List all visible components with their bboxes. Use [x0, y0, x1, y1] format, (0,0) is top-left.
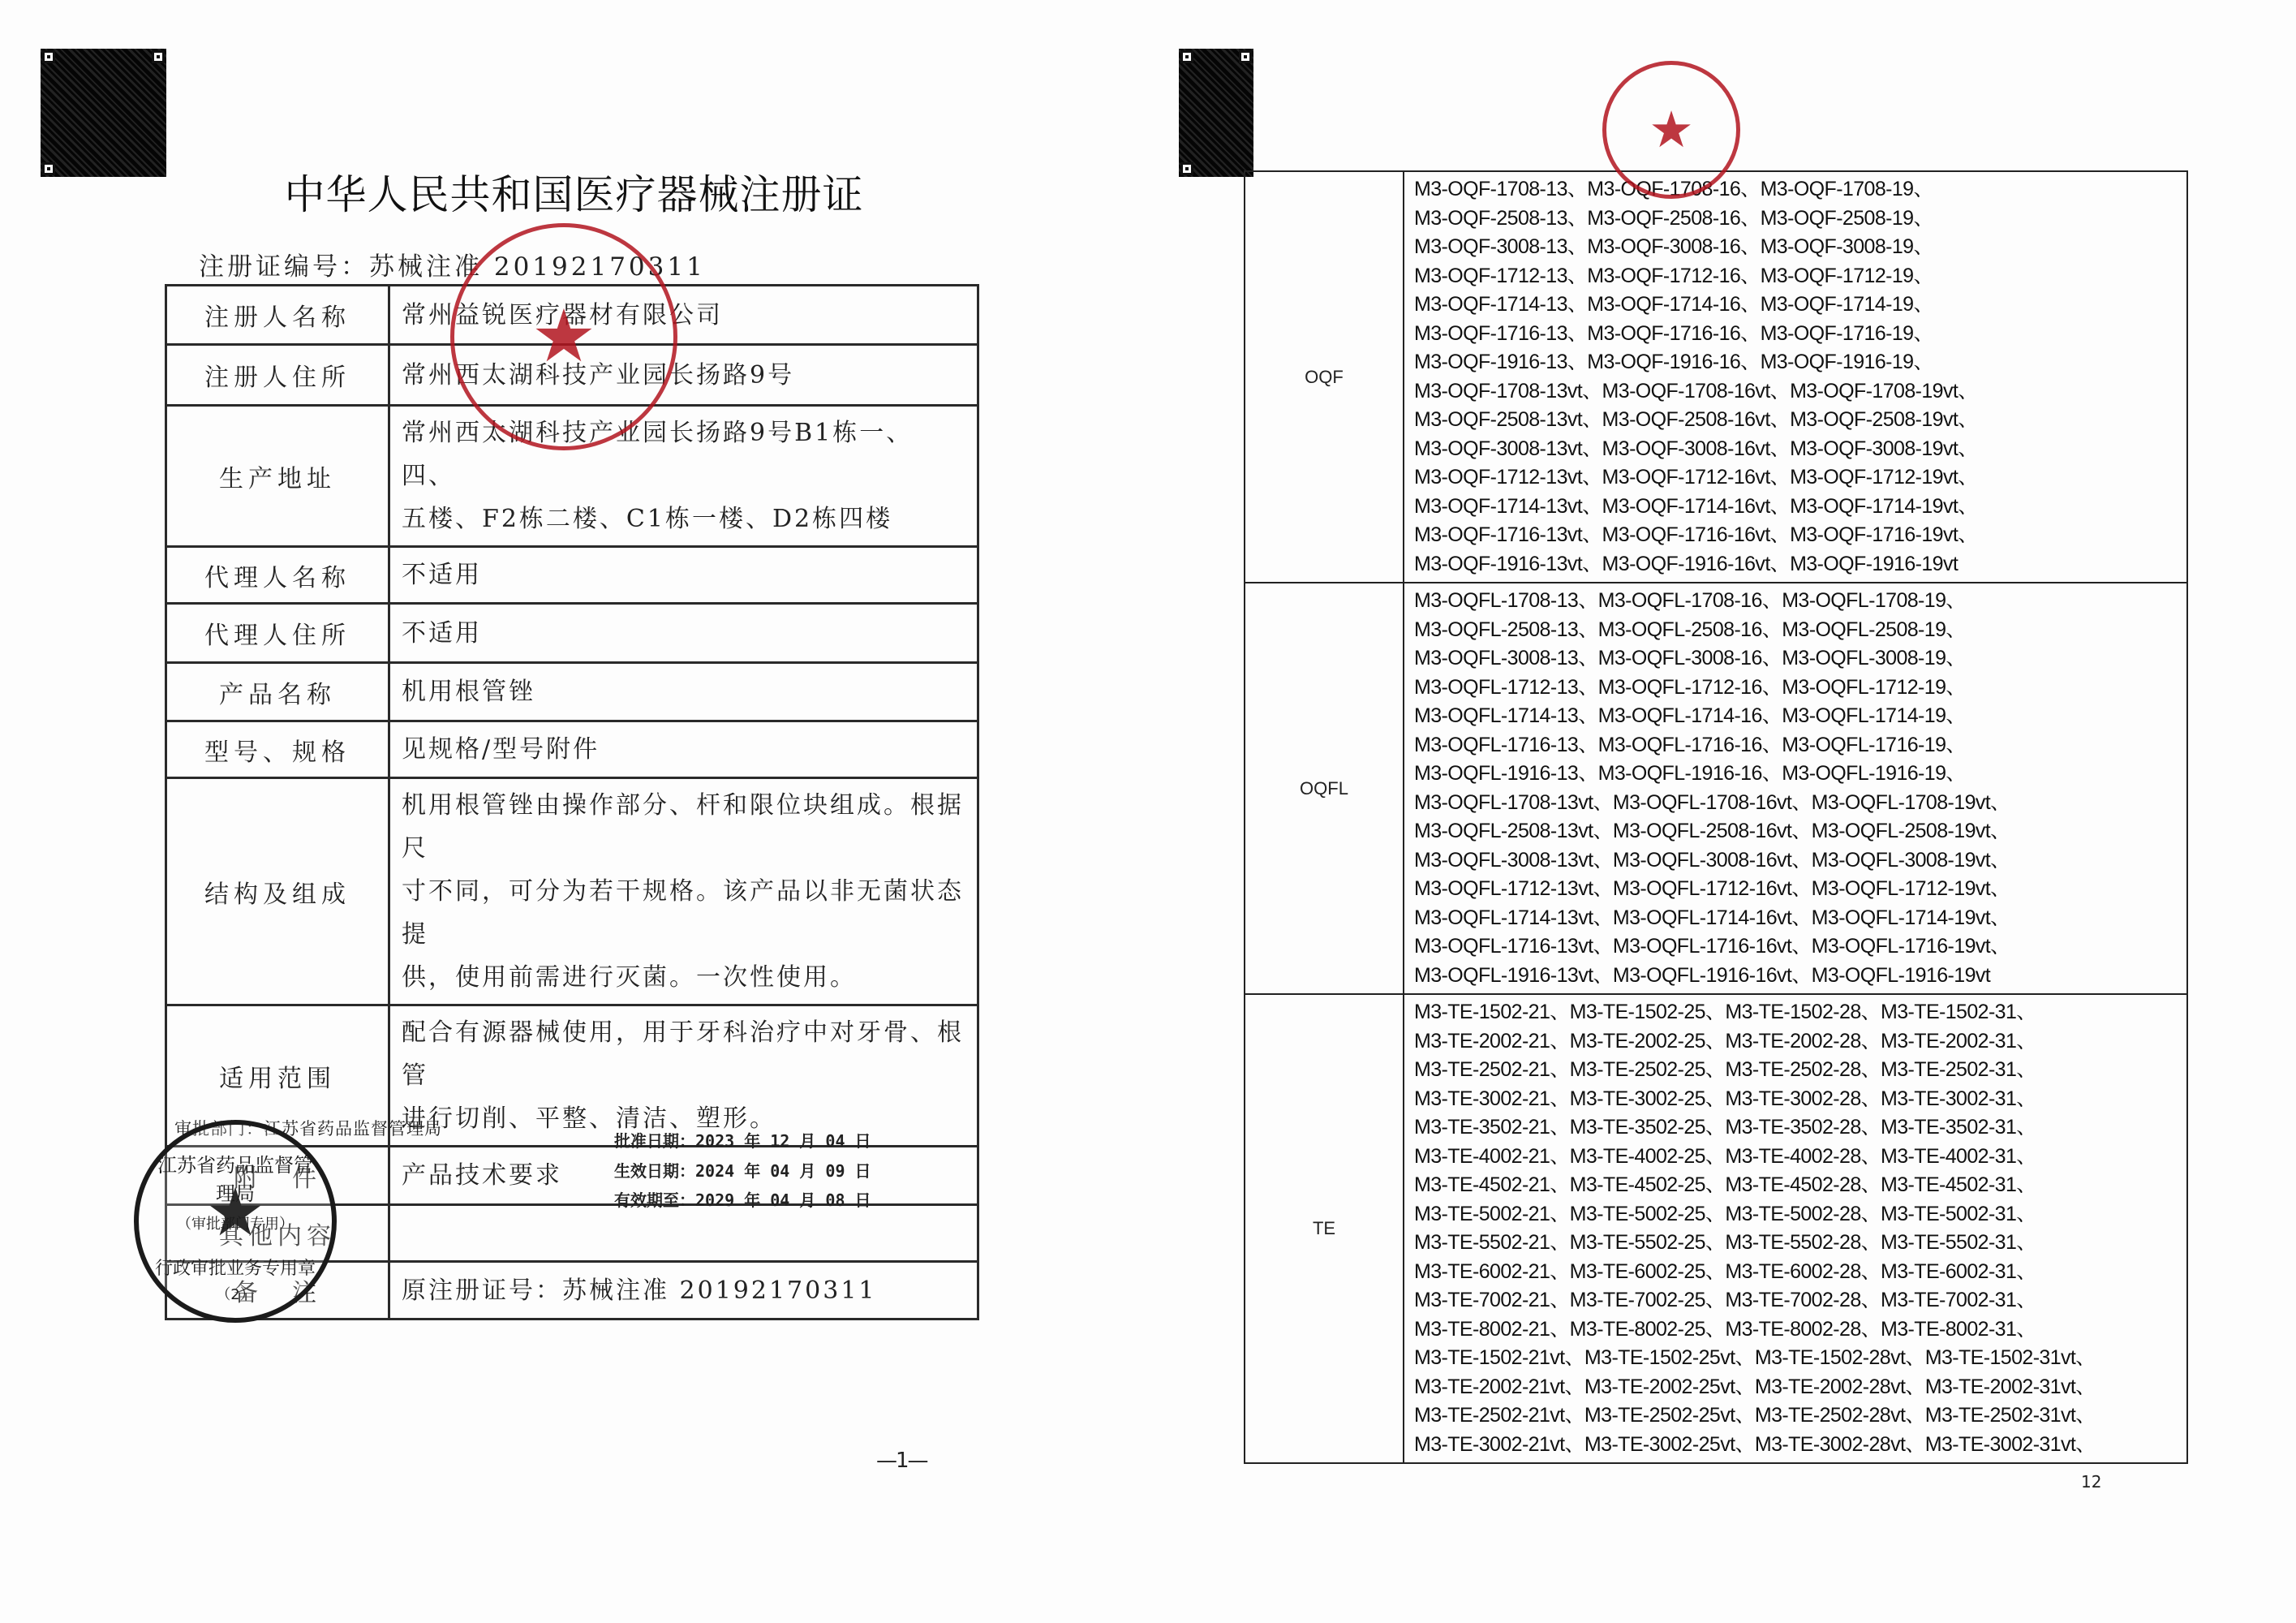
field-value-line: 不适用: [402, 553, 965, 596]
field-value: 机用根管锉: [389, 663, 978, 721]
model-group-row: OQFM3-OQF-1708-13、M3-OQF-1708-16、M3-OQF-…: [1245, 171, 2187, 583]
field-label: 代理人名称: [166, 547, 389, 604]
model-line: M3-OQFL-2508-13、M3-OQFL-2508-16、M3-OQFL-…: [1414, 616, 2177, 645]
model-list: M3-OQFL-1708-13、M3-OQFL-1708-16、M3-OQFL-…: [1404, 583, 2187, 994]
model-line: M3-OQFL-1714-13、M3-OQFL-1714-16、M3-OQFL-…: [1414, 702, 2177, 731]
model-line: M3-OQF-1712-13、M3-OQF-1712-16、M3-OQF-171…: [1414, 262, 2177, 291]
model-line: M3-TE-1502-21vt、M3-TE-1502-25vt、M3-TE-15…: [1414, 1344, 2177, 1373]
gov-seal-top-text: 江苏省药品监督管理局: [155, 1149, 316, 1206]
model-group-row: TEM3-TE-1502-21、M3-TE-1502-25、M3-TE-1502…: [1245, 994, 2187, 1463]
model-line: M3-TE-8002-21、M3-TE-8002-25、M3-TE-8002-2…: [1414, 1315, 2177, 1345]
model-group-row: OQFLM3-OQFL-1708-13、M3-OQFL-1708-16、M3-O…: [1245, 583, 2187, 994]
field-value: 原注册证号：苏械注准 20192170311: [389, 1262, 978, 1319]
field-label: 型号、规格: [166, 721, 389, 778]
field-value: 常州西太湖科技产业园长扬路9号B1栋一、四、五楼、F2栋二楼、C1栋一楼、D2栋…: [389, 406, 978, 547]
table-row: 型号、规格见规格/型号附件: [166, 721, 978, 778]
model-line: M3-OQFL-3008-13vt、M3-OQFL-3008-16vt、M3-O…: [1414, 846, 2177, 876]
model-line: M3-TE-3002-21vt、M3-TE-3002-25vt、M3-TE-30…: [1414, 1431, 2177, 1460]
field-value: 不适用: [389, 604, 978, 663]
model-line: M3-TE-3502-21、M3-TE-3502-25、M3-TE-3502-2…: [1414, 1113, 2177, 1143]
field-label: 生产地址: [166, 406, 389, 547]
model-line: M3-TE-2502-21vt、M3-TE-2502-25vt、M3-TE-25…: [1414, 1401, 2177, 1431]
model-line: M3-OQFL-1716-13vt、M3-OQFL-1716-16vt、M3-O…: [1414, 932, 2177, 962]
model-list: M3-TE-1502-21、M3-TE-1502-25、M3-TE-1502-2…: [1404, 994, 2187, 1463]
model-line: M3-OQF-1916-13、M3-OQF-1916-16、M3-OQF-191…: [1414, 348, 2177, 377]
qr-code-icon: [41, 49, 166, 177]
model-specification-table: OQFM3-OQF-1708-13、M3-OQF-1708-16、M3-OQF-…: [1244, 170, 2188, 1464]
field-value-line: 机用根管锉由操作部分、杆和限位块组成。根据尺: [402, 784, 965, 870]
table-row: 代理人住所不适用: [166, 604, 978, 663]
qr-finder-icon: [1180, 50, 1193, 63]
model-line: M3-TE-3002-21、M3-TE-3002-25、M3-TE-3002-2…: [1414, 1085, 2177, 1114]
qr-finder-icon: [152, 50, 165, 63]
table-row: 产品名称机用根管锉: [166, 663, 978, 721]
model-line: M3-OQFL-1712-13、M3-OQFL-1712-16、M3-OQFL-…: [1414, 674, 2177, 703]
model-line: M3-OQF-2508-13vt、M3-OQF-2508-16vt、M3-OQF…: [1414, 406, 2177, 435]
model-line: M3-OQFL-3008-13、M3-OQFL-3008-16、M3-OQFL-…: [1414, 644, 2177, 674]
gov-seal-number: （2）: [139, 1283, 332, 1304]
model-line: M3-OQFL-1716-13、M3-OQFL-1716-16、M3-OQFL-…: [1414, 731, 2177, 760]
model-line: M3-TE-2002-21、M3-TE-2002-25、M3-TE-2002-2…: [1414, 1027, 2177, 1057]
field-value-line: 常州西太湖科技产业园长扬路9号B1栋一、四、: [402, 411, 965, 497]
gov-seal-middle-text: （审批部门专用）: [155, 1212, 316, 1233]
field-value: 不适用: [389, 547, 978, 604]
certificate-page-1: 中华人民共和国医疗器械注册证 注册证编号：苏械注准 20192170311 注册…: [0, 0, 1148, 1623]
company-seal-stamp: ★: [1602, 61, 1740, 199]
model-line: M3-OQFL-1714-13vt、M3-OQFL-1714-16vt、M3-O…: [1414, 904, 2177, 933]
valid-until-date: 有效期至：2029 年 04 月 08 日: [614, 1186, 871, 1216]
field-value: 机用根管锉由操作部分、杆和限位块组成。根据尺寸不同，可分为若干规格。该产品以非无…: [389, 778, 978, 1005]
field-value-line: 寸不同，可分为若干规格。该产品以非无菌状态提: [402, 870, 965, 956]
field-value-line: 见规格/型号附件: [402, 728, 965, 771]
field-label: 代理人住所: [166, 604, 389, 663]
page-number: 12: [2081, 1472, 2101, 1492]
model-line: M3-OQFL-1708-13vt、M3-OQFL-1708-16vt、M3-O…: [1414, 789, 2177, 818]
company-seal-stamp: ★: [450, 223, 677, 450]
qr-code-icon: [1179, 49, 1253, 177]
model-category: TE: [1245, 994, 1404, 1463]
model-list: M3-OQF-1708-13、M3-OQF-1708-16、M3-OQF-170…: [1404, 171, 2187, 583]
model-line: M3-OQF-1712-13vt、M3-OQF-1712-16vt、M3-OQF…: [1414, 463, 2177, 493]
model-line: M3-TE-2502-21、M3-TE-2502-25、M3-TE-2502-2…: [1414, 1056, 2177, 1085]
model-line: M3-OQF-3008-13、M3-OQF-3008-16、M3-OQF-300…: [1414, 233, 2177, 262]
model-line: M3-TE-2002-21vt、M3-TE-2002-25vt、M3-TE-20…: [1414, 1373, 2177, 1402]
model-category: OQF: [1245, 171, 1404, 583]
model-line: M3-TE-4502-21、M3-TE-4502-25、M3-TE-4502-2…: [1414, 1171, 2177, 1200]
government-seal-stamp: 江苏省药品监督管理局 ★ （审批部门专用） 行政审批业务专用章 （2）: [134, 1120, 337, 1323]
field-value-line: 机用根管锉: [402, 670, 965, 713]
model-line: M3-OQF-1916-13vt、M3-OQF-1916-16vt、M3-OQF…: [1414, 550, 2177, 579]
model-line: M3-OQF-1716-13vt、M3-OQF-1716-16vt、M3-OQF…: [1414, 521, 2177, 550]
model-line: M3-TE-5502-21、M3-TE-5502-25、M3-TE-5502-2…: [1414, 1229, 2177, 1258]
field-value-line: 配合有源器械使用，用于牙科治疗中对牙骨、根管: [402, 1011, 965, 1097]
field-label: 注册人住所: [166, 345, 389, 406]
table-row: 代理人名称不适用: [166, 547, 978, 604]
field-value-line: 不适用: [402, 612, 965, 655]
star-icon: ★: [531, 300, 597, 373]
model-line: M3-OQFL-1708-13、M3-OQFL-1708-16、M3-OQFL-…: [1414, 587, 2177, 616]
model-line: M3-OQFL-1712-13vt、M3-OQFL-1712-16vt、M3-O…: [1414, 875, 2177, 904]
dates-block: 批准日期：2023 年 12 月 04 日 生效日期：2024 年 04 月 0…: [614, 1126, 871, 1216]
model-line: M3-OQF-3008-13vt、M3-OQF-3008-16vt、M3-OQF…: [1414, 435, 2177, 464]
field-value-line: 原注册证号：苏械注准 20192170311: [402, 1269, 965, 1312]
field-value-line: 五楼、F2栋二楼、C1栋一楼、D2栋四楼: [402, 497, 965, 540]
page-number: —1—: [876, 1449, 927, 1473]
model-line: M3-TE-1502-21、M3-TE-1502-25、M3-TE-1502-2…: [1414, 998, 2177, 1027]
field-value-line: 供，使用前需进行灭菌。一次性使用。: [402, 956, 965, 999]
document-title: 中华人民共和国医疗器械注册证: [0, 162, 1148, 221]
model-line: M3-OQF-1708-13、M3-OQF-1708-16、M3-OQF-170…: [1414, 175, 2177, 204]
model-line: M3-OQFL-1916-13、M3-OQFL-1916-16、M3-OQFL-…: [1414, 760, 2177, 789]
field-label: 注册人名称: [166, 286, 389, 345]
model-line: M3-TE-7002-21、M3-TE-7002-25、M3-TE-7002-2…: [1414, 1286, 2177, 1315]
model-line: M3-OQF-2508-13、M3-OQF-2508-16、M3-OQF-250…: [1414, 204, 2177, 234]
qr-finder-icon: [1180, 162, 1193, 175]
field-label: 结构及组成: [166, 778, 389, 1005]
model-category: OQFL: [1245, 583, 1404, 994]
model-line: M3-OQFL-2508-13vt、M3-OQFL-2508-16vt、M3-O…: [1414, 817, 2177, 846]
qr-finder-icon: [42, 50, 55, 63]
field-label: 产品名称: [166, 663, 389, 721]
field-value: 见规格/型号附件: [389, 721, 978, 778]
table-row: 结构及组成机用根管锉由操作部分、杆和限位块组成。根据尺寸不同，可分为若干规格。该…: [166, 778, 978, 1005]
gov-seal-bottom-text: 行政审批业务专用章: [147, 1255, 324, 1280]
model-line: M3-OQF-1716-13、M3-OQF-1716-16、M3-OQF-171…: [1414, 320, 2177, 349]
effective-date: 生效日期：2024 年 04 月 09 日: [614, 1156, 871, 1186]
model-attachment-page: OQFM3-OQF-1708-13、M3-OQF-1708-16、M3-OQF-…: [1148, 0, 2296, 1623]
model-line: M3-OQFL-1916-13vt、M3-OQFL-1916-16vt、M3-O…: [1414, 962, 2177, 991]
model-line: M3-OQF-1714-13、M3-OQF-1714-16、M3-OQF-171…: [1414, 291, 2177, 320]
field-value: 配合有源器械使用，用于牙科治疗中对牙骨、根管进行切削、平整、清洁、塑形。: [389, 1005, 978, 1147]
approval-date: 批准日期：2023 年 12 月 04 日: [614, 1126, 871, 1156]
model-line: M3-TE-5002-21、M3-TE-5002-25、M3-TE-5002-2…: [1414, 1200, 2177, 1229]
model-line: M3-TE-6002-21、M3-TE-6002-25、M3-TE-6002-2…: [1414, 1258, 2177, 1287]
model-line: M3-TE-4002-21、M3-TE-4002-25、M3-TE-4002-2…: [1414, 1143, 2177, 1172]
model-line: M3-OQF-1714-13vt、M3-OQF-1714-16vt、M3-OQF…: [1414, 493, 2177, 522]
qr-finder-icon: [1239, 50, 1252, 63]
star-icon: ★: [1649, 105, 1694, 155]
model-line: M3-OQF-1708-13vt、M3-OQF-1708-16vt、M3-OQF…: [1414, 377, 2177, 407]
